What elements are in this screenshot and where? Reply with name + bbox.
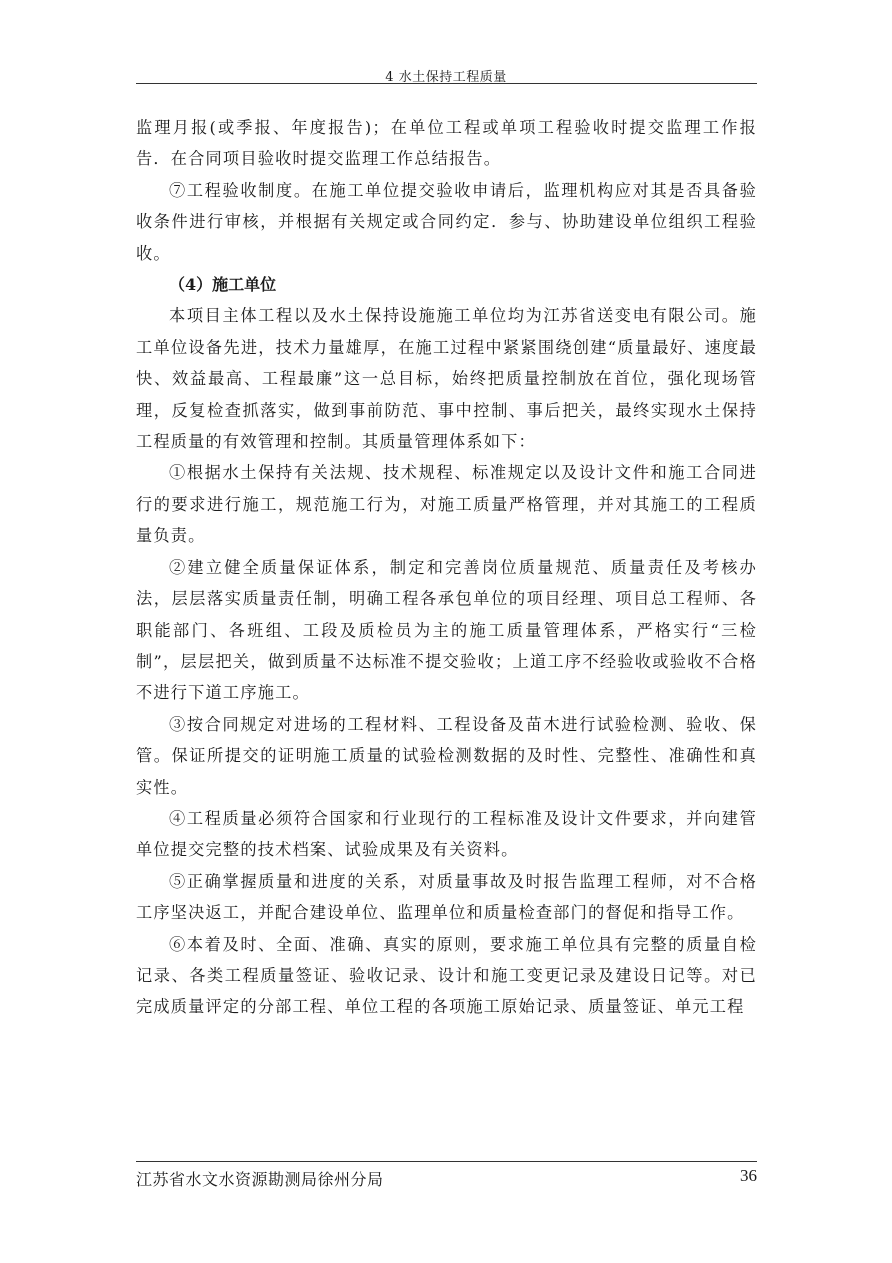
- paragraph-item-6: ⑥本着及时、全面、准确、真实的原则，要求施工单位具有完整的质量自检记录、各类工程…: [136, 929, 757, 1023]
- section-heading: （4）施工单位: [136, 269, 757, 300]
- paragraph-continuation: 监理月报(或季报、年度报告)；在单位工程或单项工程验收时提交监理工作报告．在合同…: [136, 112, 757, 175]
- paragraph-intro: 本项目主体工程以及水土保持设施施工单位均为江苏省送变电有限公司。施工单位设备先进…: [136, 300, 757, 457]
- footer-organization: 江苏省水文水资源勘测局徐州分局: [136, 1167, 384, 1190]
- paragraph-item-7: ⑦工程验收制度。在施工单位提交验收申请后，监理机构应对其是否具备验收条件进行审核…: [136, 175, 757, 269]
- paragraph-item-5: ⑤正确掌握质量和进度的关系，对质量事故及时报告监理工程师，对不合格工序坚决返工，…: [136, 866, 757, 929]
- paragraph-item-2: ②建立健全质量保证体系，制定和完善岗位质量规范、质量责任及考核办法，层层落实质量…: [136, 552, 757, 709]
- footer-divider: [136, 1161, 757, 1162]
- paragraph-item-1: ①根据水土保持有关法规、技术规程、标准规定以及设计文件和施工合同进行的要求进行施…: [136, 457, 757, 551]
- page-number: 36: [740, 1166, 757, 1186]
- header-divider: [136, 83, 757, 84]
- page-body: 监理月报(或季报、年度报告)；在单位工程或单项工程验收时提交监理工作报告．在合同…: [136, 112, 757, 1023]
- paragraph-item-4: ④工程质量必须符合国家和行业现行的工程标准及设计文件要求，并向建管单位提交完整的…: [136, 803, 757, 866]
- paragraph-item-3: ③按合同规定对进场的工程材料、工程设备及苗木进行试验检测、验收、保管。保证所提交…: [136, 709, 757, 803]
